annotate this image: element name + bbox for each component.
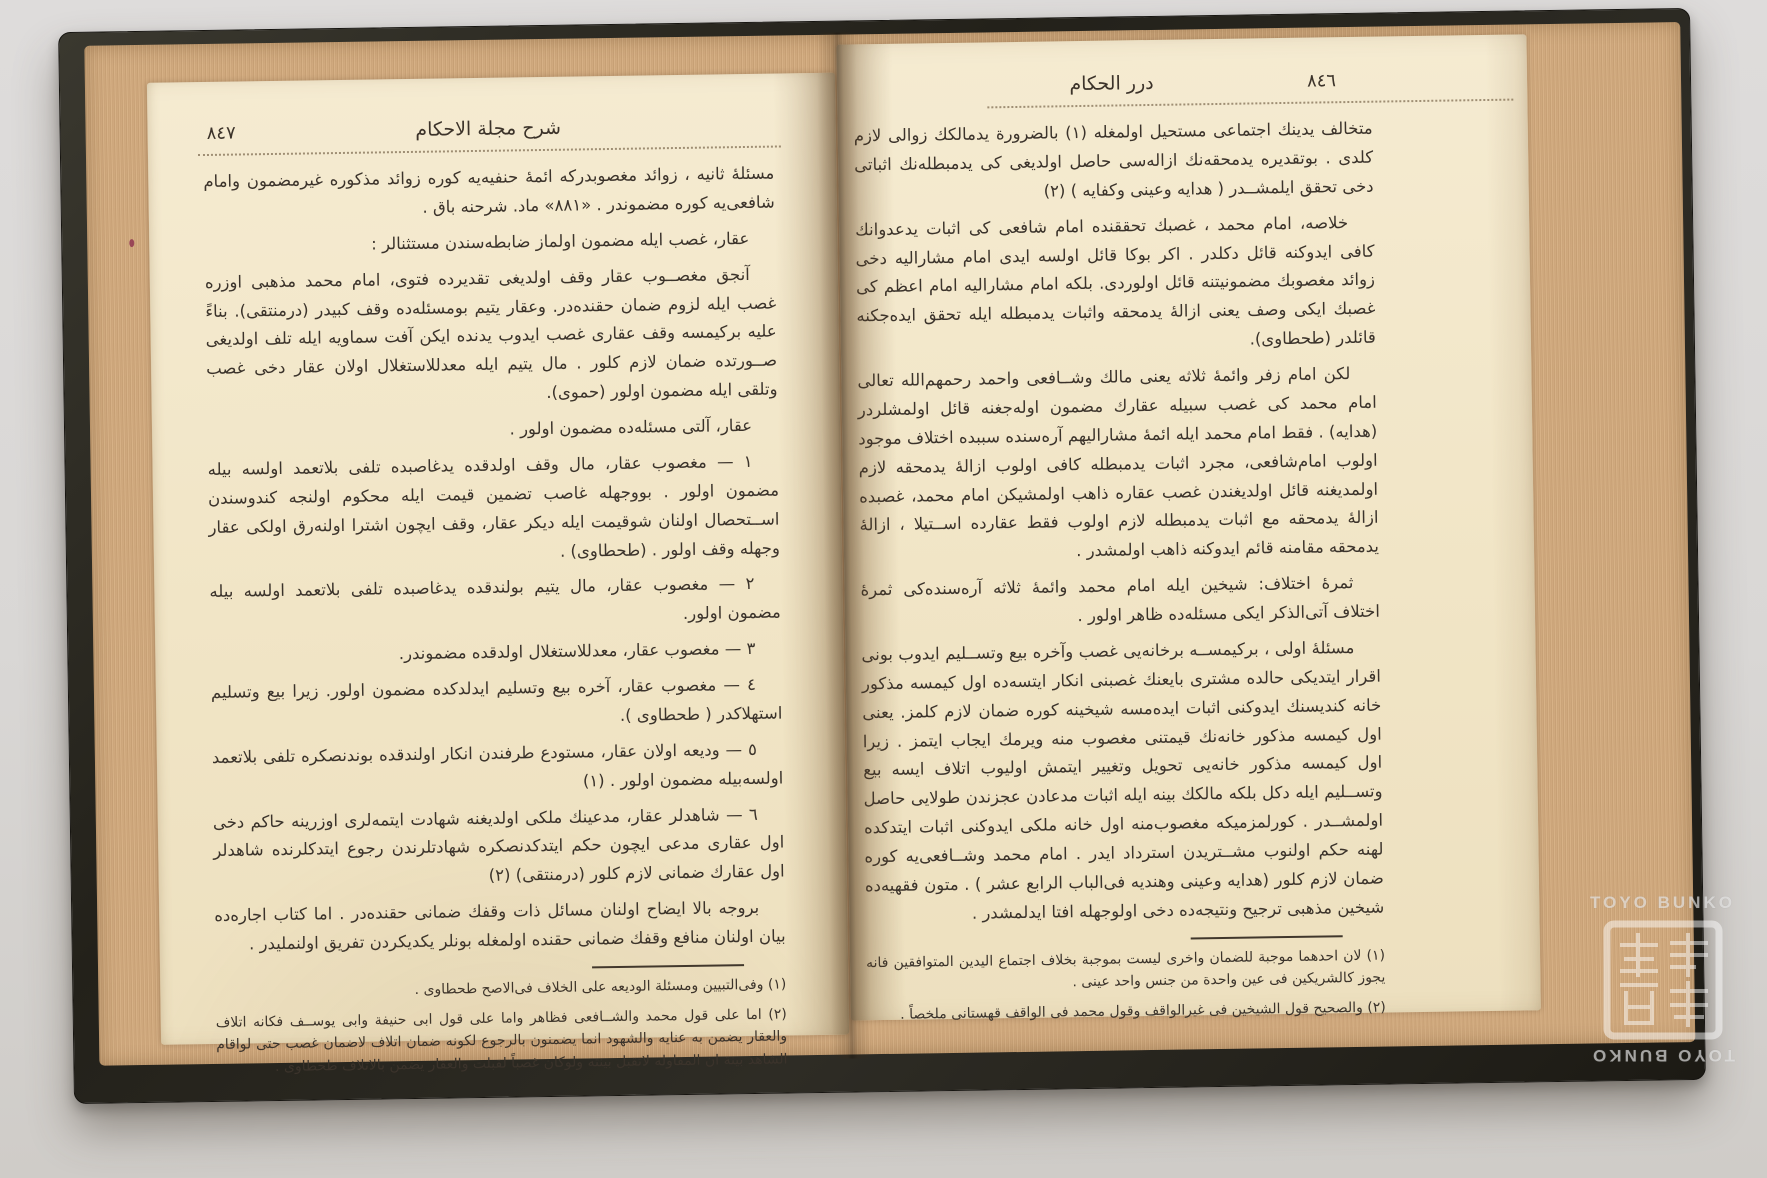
right-page: ٨٤٦ درر الحكام متخالف يدينك اجتماعى مستح… xyxy=(836,34,1540,1020)
list-item: ٥ — وديعه اولان عقار، مستودع طرفندن انكا… xyxy=(212,735,784,801)
footnote: (١) لان احدهما موجبة للضمان واخرى ليست ب… xyxy=(866,944,1386,997)
paragraph: بروجه بالا ايضاح اولنان مسائل ذات وقفك ض… xyxy=(214,894,786,960)
footnote-rule xyxy=(1191,935,1343,939)
right-page-title: درر الحكام xyxy=(1069,72,1154,95)
paragraph: لكن امام زفر وائمهٔ ثلاثه يعنى مالك وشــ… xyxy=(857,360,1379,570)
footnote-rule xyxy=(592,964,744,968)
left-page-title: شرح مجلة الاحكام xyxy=(415,117,561,141)
paragraph: ثمرهٔ اختلاف: شيخين ايله امام محمد وائمه… xyxy=(860,569,1380,634)
left-page-number: ٨٤٧ xyxy=(207,123,236,144)
paragraph: مسئلهٔ اولى ، بركيمســه برخانه‌يى غصب وآ… xyxy=(861,633,1384,929)
left-page: ٨٤٧ شرح مجلة الاحكام مسئلهٔ ثانيه ، زوائ… xyxy=(147,73,849,1045)
footnote: (٢) اما على قول محمد والشــافعى فظاهر وا… xyxy=(216,1003,788,1079)
list-item: ٢ — مغصوب عقار، مال يتيم بولندقده يدغاصب… xyxy=(209,570,781,636)
list-item: ٦ — شاهدلر عقار، مدعينك ملكى اولديغنه شه… xyxy=(213,800,785,895)
list-item: ٤ — مغصوب عقار، آخره بيع وتسليم ايدلدكده… xyxy=(211,671,783,737)
paragraph: عقار، آلتى مسئله‌ده مضمون اولور . xyxy=(207,412,778,449)
paragraph: متخالف يدينك اجتماعى مستحيل اولمغله (١) … xyxy=(854,115,1374,209)
paragraph: خلاصه، امام محمد ، غصبك تحققنده امام شاف… xyxy=(855,208,1376,360)
left-page-body: مسئلهٔ ثانيه ، زوائد مغصوبدركه ائمهٔ حنف… xyxy=(148,147,850,1081)
edge-stain xyxy=(129,239,134,247)
footnote: (١) وفى‌التبيين ومسئلة الوديعه على الخلا… xyxy=(215,973,786,1004)
right-page-number: ٨٤٦ xyxy=(1307,70,1336,91)
paragraph: مسئلهٔ ثانيه ، زوائد مغصوبدركه ائمهٔ حنف… xyxy=(203,160,775,226)
right-page-body: متخالف يدينك اجتماعى مستحيل اولمغله (١) … xyxy=(837,100,1541,1027)
list-item: ١ — مغصوب عقار، مال وقف اولدقده يدغاصبده… xyxy=(207,447,780,571)
left-page-header: ٨٤٧ شرح مجلة الاحكام xyxy=(202,114,773,150)
list-item: ٣ — مغصوب عقار، معدللاستغلال اولدقده مضم… xyxy=(210,635,781,672)
paragraph: عقار، غصب ايله مضمون اولماز ضابطه‌سندن م… xyxy=(204,224,775,261)
right-page-header: ٨٤٦ درر الحكام xyxy=(851,69,1372,105)
photo-backdrop: ٨٤٧ شرح مجلة الاحكام مسئلهٔ ثانيه ، زوائ… xyxy=(0,0,1767,1178)
open-book: ٨٤٧ شرح مجلة الاحكام مسئلهٔ ثانيه ، زوائ… xyxy=(58,8,1706,1104)
paragraph: آنجق مغصــوب عقار وقف اولديغى تقديرده فت… xyxy=(205,260,778,413)
